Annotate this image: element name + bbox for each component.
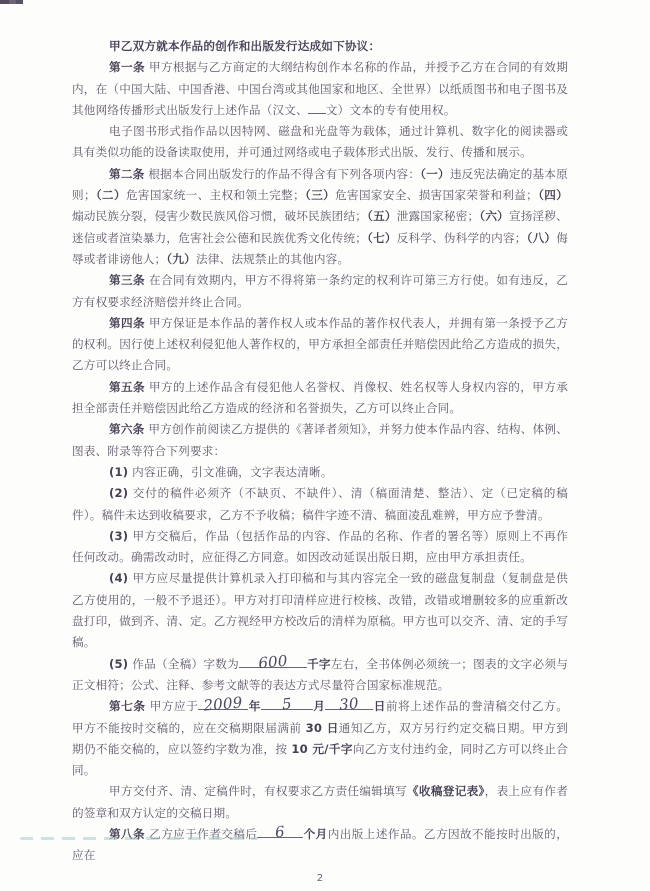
fill-in-blank-underline: [308, 100, 326, 114]
clause-6-item-1: (1) 内容正确，引文准确，文字表达清晰。: [72, 462, 568, 483]
bold-run: 个月: [303, 827, 327, 841]
bold-run: （四）: [538, 188, 568, 202]
bold-run: （九）: [166, 252, 196, 266]
handwritten-entry: 2009: [203, 696, 243, 714]
text-run: 作品（全稿）字数为: [128, 657, 239, 671]
bold-run: (4): [109, 571, 128, 585]
page-number: 2: [72, 872, 568, 886]
handwritten-entry: 600: [258, 653, 288, 670]
handwritten-entry: 5: [281, 697, 292, 713]
text-run: 根据本合同出版发行的作品不得含有下列各项内容：: [144, 167, 420, 181]
clause-6-item-3: (3) 甲方交稿后，作品（包括作品的内容、作品的名称、作者的署名等）原则上不再作…: [72, 526, 568, 569]
scan-artifact-bottom-smudge: [20, 837, 258, 840]
text-run: 反科学、伪科学的内容；: [397, 231, 527, 245]
handwritten-entry: 30: [339, 696, 360, 713]
clause-4: 第四条 甲方保证是本作品的著作权人或本作品的著作权代表人，并拥有第一条授予乙方的…: [72, 313, 568, 377]
bold-run: 10 元/千字: [291, 742, 352, 756]
bold-run: （一）: [420, 167, 450, 181]
bold-run: (2): [109, 486, 128, 500]
bold-run: （七）: [367, 231, 397, 245]
clause-8: 第八条 乙方应于作者交稿后6个月内出版上述作品。乙方因故不能按时出版的，应在: [72, 824, 568, 867]
clause-2: 第二条 根据本合同出版发行的作品不得含有下列各项内容：（一）违反宪法确定的基本原…: [72, 164, 568, 270]
text-run: 泄露国家秘密；: [397, 209, 480, 223]
text-run: 电子图书形式指作品以因特网、磁盘和光盘等为载体，通过计算机、数字化的阅读器或具有…: [72, 124, 568, 159]
intro-line: 甲乙双方就本作品的创作和出版发行达成如下协议：: [72, 36, 568, 57]
text-run: 甲方创作前阅读乙方提供的《著译者须知》，并努力使本作品内容、结构、体例、图表、附…: [72, 422, 568, 457]
bold-run: 年: [248, 699, 261, 713]
clause-6: 第六条 甲方创作前阅读乙方提供的《著译者须知》，并努力使本作品内容、结构、体例、…: [72, 419, 568, 462]
fill-in-blank-underline: 6: [257, 824, 303, 838]
bold-run: 第二条: [109, 167, 144, 181]
scan-artifact-top-left: [0, 0, 23, 4]
clause-6-item-5: (5) 作品（全稿）字数为600千字左右，全书体例必须统一；图表的文字必须与正文…: [72, 654, 568, 697]
bold-run: 30 日: [306, 721, 339, 735]
text-run: 甲方交付齐、清、定稿件时，有权要求乙方责任编辑填写: [109, 784, 407, 798]
bold-run: 千字: [307, 657, 331, 671]
text-run: 文）文本的专有使用权。: [326, 103, 456, 117]
text-run: 危害国家安全、损害国家荣誉和利益；: [335, 188, 538, 202]
clause-6-item-4: (4) 甲方应尽量提供计算机录入打印稿和与其内容完全一致的磁盘复制盘（复制盘是供…: [72, 568, 568, 653]
bold-run: （八）: [527, 231, 557, 245]
clause-6-item-2: (2) 交付的稿件必须齐（不缺页、不缺件）、清（稿面清楚、整洁）、定（已定稿的稿…: [72, 483, 568, 526]
text-run: 煽动民族分裂，侵害少数民族风俗习惯，破坏民族团结；: [72, 209, 367, 223]
bold-run: （六）: [479, 209, 509, 223]
handwritten-entry: 6: [275, 825, 286, 841]
fill-in-blank-underline: 5: [261, 696, 313, 710]
clause-5: 第五条 甲方的上述作品含有侵犯他人名誉权、肖像权、姓名权等人身权内容的，甲方承担…: [72, 377, 568, 420]
bold-run: 第六条: [109, 422, 144, 436]
text-run: 危害国家统一、主权和领土完整；: [126, 188, 305, 202]
text-run: 甲方应尽量提供计算机录入打印稿和与其内容完全一致的磁盘复制盘（复制盘是供乙方使用…: [72, 571, 568, 649]
bold-run: （二）: [96, 188, 126, 202]
bold-run: (1): [109, 465, 128, 479]
text-run: 甲方应于: [145, 699, 198, 713]
bold-run: (3): [109, 529, 128, 543]
clause-1: 第一条 甲方根据与乙方商定的大纲结构创作本名称的作品，并授予乙方在合同的有效期内…: [72, 57, 568, 121]
text-run: 在合同有效期内，甲方不得将第一条约定的权利许可第三方行使。如有违反，乙方有权要求…: [72, 273, 568, 308]
bold-run: 第四条: [109, 316, 145, 330]
clause-7: 第七条 甲方应于2009年5月30日前将上述作品的誊清稿交付乙方。甲方不能按时交…: [72, 696, 568, 781]
bold-run: 第七条: [109, 699, 145, 713]
text-run: 甲方的上述作品含有侵犯他人名誉权、肖像权、姓名权等人身权内容的，甲方承担全部责任…: [72, 380, 568, 415]
text-run: 内容正确，引文准确，文字表达清晰。: [128, 465, 332, 479]
clause-3: 第三条 在合同有效期内，甲方不得将第一条约定的权利许可第三方行使。如有违反，乙方…: [72, 270, 568, 313]
scanned-contract-page: 甲乙双方就本作品的创作和出版发行达成如下协议：第一条 甲方根据与乙方商定的大纲结…: [0, 0, 650, 891]
bold-run: 第三条: [109, 273, 145, 287]
clause-1-ebook-note: 电子图书形式指作品以因特网、磁盘和光盘等为载体，通过计算机、数字化的阅读器或具有…: [72, 121, 568, 164]
contract-text-body: 甲乙双方就本作品的创作和出版发行达成如下协议：第一条 甲方根据与乙方商定的大纲结…: [72, 36, 568, 891]
bold-run: 《收稿登记表》: [407, 784, 485, 798]
bold-run: （五）: [367, 209, 397, 223]
bold-run: 月: [313, 699, 326, 713]
fill-in-blank-underline: 600: [239, 654, 307, 668]
bold-run: 日: [373, 699, 386, 713]
fill-in-blank-underline: 30: [325, 696, 373, 710]
bold-run: 第一条: [109, 60, 145, 74]
bold-run: 甲乙双方就本作品的创作和出版发行达成如下协议：: [109, 39, 380, 53]
text-run: 甲方交稿后，作品（包括作品的内容、作品的名称、作者的署名等）原则上不再作任何改动…: [72, 529, 568, 564]
bold-run: (5): [109, 657, 128, 671]
clause-7-receipt-note: 甲方交付齐、清、定稿件时，有权要求乙方责任编辑填写《收稿登记表》，表上应有作者的…: [72, 781, 568, 824]
bold-run: 第五条: [109, 380, 145, 394]
bold-run: （三）: [305, 188, 335, 202]
text-run: 甲方保证是本作品的著作权人或本作品的著作权代表人，并拥有第一条授予乙方的权利。因…: [72, 316, 568, 373]
fill-in-blank-underline: 2009: [198, 696, 248, 710]
text-run: 法律、法规禁止的其他内容。: [196, 252, 349, 266]
text-run: 交付的稿件必须齐（不缺页、不缺件）、清（稿面清楚、整洁）、定（已定稿的稿件）。稿…: [72, 486, 568, 521]
